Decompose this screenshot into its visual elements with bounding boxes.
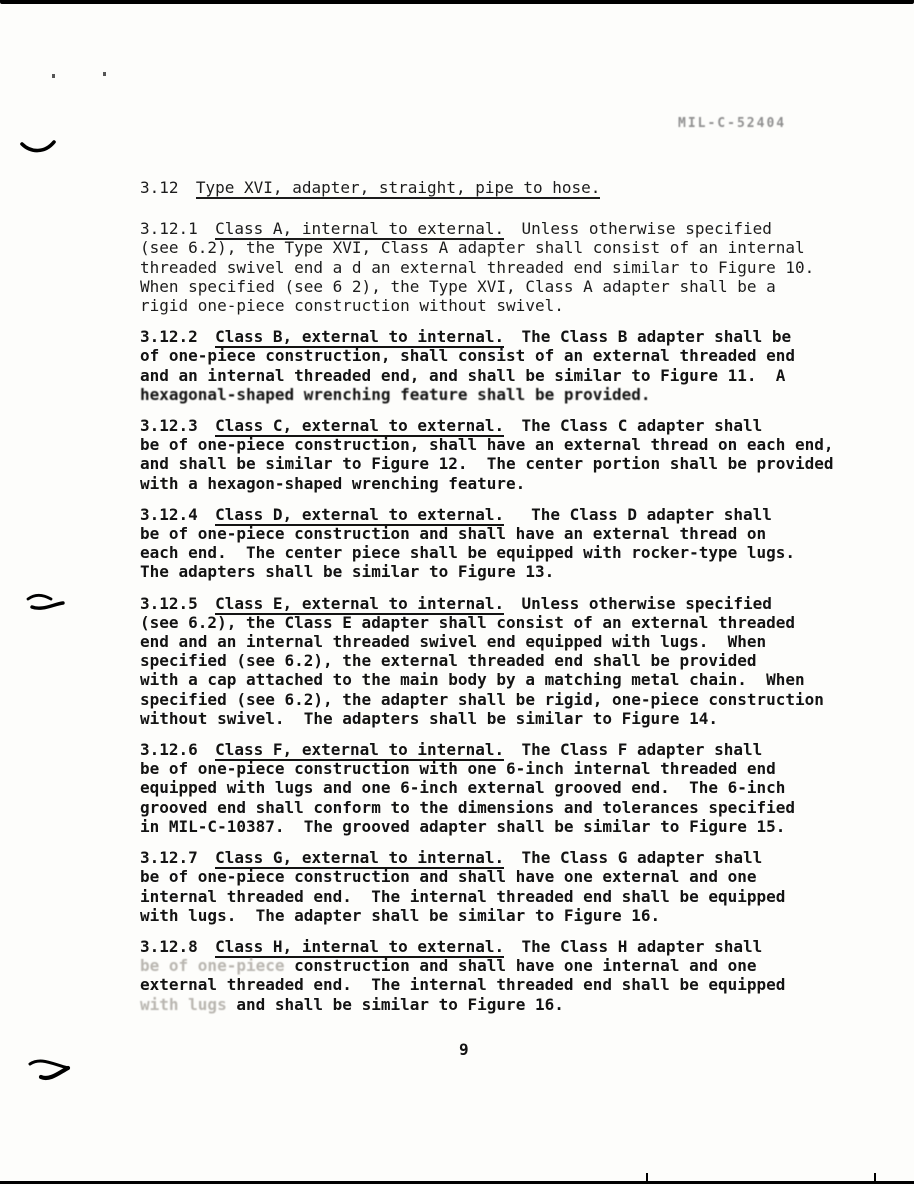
section-number: 3.12 (140, 178, 179, 197)
text-line: 3.12.1Class A, internal to external.Unle… (140, 219, 850, 238)
text-line: without swivel. The adapters shall be si… (140, 709, 850, 728)
text-run: Unless otherwise specified (521, 219, 771, 238)
section-title: Class F, external to internal. (215, 740, 504, 761)
scan-speck (52, 74, 55, 78)
text-line: be of one-piece construction, shall have… (140, 435, 850, 454)
section-3.12: 3.12Type XVI, adapter, straight, pipe to… (140, 178, 850, 197)
text-run: and shall be similar to Figure 16. (227, 995, 564, 1014)
section-title: Class C, external to external. (215, 416, 504, 437)
text-line: 3.12.7Class G, external to internal.The … (140, 848, 850, 867)
scan-edge-bottom (0, 1181, 914, 1184)
text-line: with lugs. The adapter shall be similar … (140, 906, 850, 925)
scan-tick-mark (874, 1173, 876, 1182)
text-line: be of one-piece construction with one 6-… (140, 759, 850, 778)
section-title: Class D, external to external. (215, 505, 504, 526)
scanned-document-page: MIL-C-52404 3.12Type XVI, adapter, strai… (0, 0, 914, 1186)
text-line: rigid one-piece construction without swi… (140, 296, 850, 315)
text-line: grooved end shall conform to the dimensi… (140, 798, 850, 817)
section-title: Class A, internal to external. (215, 219, 504, 240)
section-title: Class E, external to internal. (215, 594, 504, 615)
section-3.12.4: 3.12.4Class D, external to external. The… (140, 505, 850, 582)
page-number: 9 (459, 1040, 469, 1059)
section-heading: 3.12Type XVI, adapter, straight, pipe to… (140, 178, 850, 197)
text-line: of one-piece construction, shall consist… (140, 346, 850, 365)
section-3.12.3: 3.12.3Class C, external to external.The … (140, 416, 850, 493)
text-line: 3.12.3Class C, external to external.The … (140, 416, 850, 435)
text-run: The Class B adapter shall be (521, 327, 791, 346)
section-number: 3.12.3 (140, 416, 198, 435)
text-line: 3.12.6Class F, external to internal.The … (140, 740, 850, 759)
faded-text-run: with lugs (140, 995, 227, 1014)
pen-swoosh-mark-icon (20, 139, 56, 163)
text-line: 3.12.2Class B, external to internal.The … (140, 327, 850, 346)
text-run: The Class F adapter shall (521, 740, 762, 759)
section-3.12.1: 3.12.1Class A, internal to external.Unle… (140, 219, 850, 315)
section-number: 3.12.1 (140, 219, 198, 238)
section-title: Type XVI, adapter, straight, pipe to hos… (196, 178, 601, 199)
scan-speck (103, 72, 106, 76)
text-line: external threaded end. The internal thre… (140, 975, 850, 994)
section-3.12.2: 3.12.2Class B, external to internal.The … (140, 327, 850, 404)
section-3.12.5: 3.12.5Class E, external to internal.Unle… (140, 594, 850, 728)
text-line: each end. The center piece shall be equi… (140, 543, 850, 562)
text-line: and an internal threaded end, and shall … (140, 366, 850, 385)
text-run: The Class H adapter shall (521, 937, 762, 956)
text-run: Unless otherwise specified (521, 594, 771, 613)
text-line: be of one-piece construction and shall h… (140, 867, 850, 886)
text-line: hexagonal-shaped wrenching feature shall… (140, 385, 850, 404)
text-line: When specified (see 6 2), the Type XVI, … (140, 277, 850, 296)
text-line: 3.12.5Class E, external to internal.Unle… (140, 594, 850, 613)
text-line: (see 6.2), the Type XVI, Class A adapter… (140, 238, 850, 257)
pen-swoosh-mark-icon (26, 1053, 72, 1089)
section-title: Class H, internal to external. (215, 937, 504, 958)
section-title: Class G, external to internal. (215, 848, 504, 869)
text-line: with lugs and shall be similar to Figure… (140, 995, 850, 1014)
text-line: threaded swivel end a d an external thre… (140, 258, 850, 277)
text-line: and shall be similar to Figure 12. The c… (140, 454, 850, 473)
text-line: in MIL-C-10387. The grooved adapter shal… (140, 817, 850, 836)
text-line: end and an internal threaded swivel end … (140, 632, 850, 651)
text-line: The adapters shall be similar to Figure … (140, 562, 850, 581)
section-3.12.6: 3.12.6Class F, external to internal.The … (140, 740, 850, 836)
section-number: 3.12.7 (140, 848, 198, 867)
section-number: 3.12.5 (140, 594, 198, 613)
section-number: 3.12.8 (140, 937, 198, 956)
document-id: MIL-C-52404 (678, 116, 786, 131)
text-line: equipped with lugs and one 6-inch extern… (140, 778, 850, 797)
faded-text-run: be of one-piece (140, 956, 285, 975)
text-run: The Class D adapter shall (521, 505, 771, 524)
text-line: (see 6.2), the Class E adapter shall con… (140, 613, 850, 632)
section-title: Class B, external to internal. (215, 327, 504, 348)
text-line: be of one-piece construction and shall h… (140, 956, 850, 975)
section-3.12.7: 3.12.7Class G, external to internal.The … (140, 848, 850, 925)
scan-edge-top (0, 0, 914, 4)
text-line: 3.12.8Class H, internal to external.The … (140, 937, 850, 956)
text-line: 3.12.4Class D, external to external. The… (140, 505, 850, 524)
section-number: 3.12.4 (140, 505, 198, 524)
text-line: specified (see 6.2), the adapter shall b… (140, 690, 850, 709)
pen-swoosh-mark-icon (24, 590, 66, 620)
text-line: be of one-piece construction and shall h… (140, 524, 850, 543)
text-line: with a hexagon-shaped wrenching feature. (140, 474, 850, 493)
text-line: internal threaded end. The internal thre… (140, 887, 850, 906)
section-number: 3.12.2 (140, 327, 198, 346)
section-number: 3.12.6 (140, 740, 198, 759)
text-line: with a cap attached to the main body by … (140, 670, 850, 689)
section-3.12.8: 3.12.8Class H, internal to external.The … (140, 937, 850, 1014)
text-run: construction and shall have one internal… (285, 956, 757, 975)
text-line: specified (see 6.2), the external thread… (140, 651, 850, 670)
text-run: The Class G adapter shall (521, 848, 762, 867)
document-body: 3.12Type XVI, adapter, straight, pipe to… (140, 178, 850, 1014)
scan-tick-mark (646, 1173, 648, 1182)
text-run: The Class C adapter shall (521, 416, 762, 435)
